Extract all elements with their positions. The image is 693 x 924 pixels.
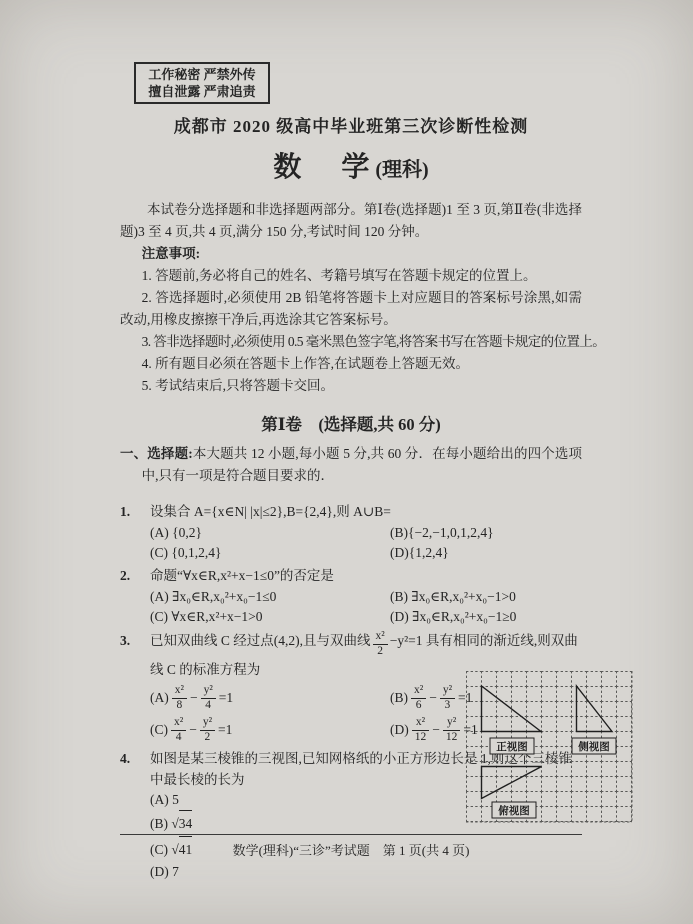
fraction: y²12 [443, 716, 461, 745]
fraction: x²8 [172, 684, 187, 713]
section-1-instruction: 一、选择题:本大题共 12 小题,每小题 5 分,共 60 分．在每小题给出的四… [120, 443, 582, 487]
question-2-number: 2. [120, 565, 150, 587]
notice-item-3: 3. 答非选择题时,必须使用 0.5 毫米黑色签字笔,将答案书写在答题卡规定的位… [120, 331, 582, 353]
minus-sign: − [432, 715, 440, 745]
fraction-denominator: 3 [440, 699, 455, 713]
fraction: x²4 [171, 716, 186, 745]
figure-canvas: 正视图 侧视图 俯视图 [466, 671, 634, 824]
minus-sign: − [189, 715, 197, 745]
fraction: y²4 [201, 684, 216, 713]
radical-sign: √ [171, 812, 178, 836]
fraction-numerator: x² [412, 716, 430, 731]
instruction-text: 本大题共 12 小题,每小题 5 分,共 60 分．在每小题给出的四个选项中,只… [142, 446, 582, 483]
question-1-option-a: (A) {0,2} [150, 523, 390, 543]
fraction-numerator: y² [201, 684, 216, 699]
radicand: 34 [179, 810, 193, 836]
option-label: (B) [150, 816, 168, 831]
option-value: 5 [172, 792, 179, 807]
fraction-numerator: y² [440, 684, 455, 699]
fraction-denominator: 2 [200, 731, 215, 745]
option-label: (D) [150, 864, 169, 879]
option-label: (B) [390, 683, 408, 713]
fraction: x²12 [412, 716, 430, 745]
fraction-denominator: 6 [411, 699, 426, 713]
notice-item-2: 2. 答选择题时,必须使用 2B 铅笔将答题卡上对应题目的答案标号涂黑,如需改动… [120, 287, 582, 331]
three-view-figure: 正视图 侧视图 俯视图 [466, 671, 634, 824]
notice-item-4: 4. 所有题目必须在答题卡上作答,在试题卷上答题无效。 [120, 353, 582, 375]
fraction-denominator: 4 [171, 731, 186, 745]
fraction-denominator: 12 [443, 731, 461, 745]
option-value: 7 [172, 864, 179, 879]
fraction-denominator: 8 [172, 699, 187, 713]
fraction-denominator: 12 [412, 731, 430, 745]
question-2-option-a: (A) ∃x₀∈R,x₀²+x₀−1≤0 [150, 587, 390, 607]
front-view-label: 正视图 [496, 740, 528, 753]
fraction-numerator: y² [443, 716, 461, 731]
question-2-option-d: (D) ∃x₀∈R,x₀²+x₀−1≥0 [390, 607, 582, 627]
notice-item-1: 1. 答题前,务必将自己的姓名、考籍号填写在答题卡规定的位置上。 [120, 265, 582, 287]
section-1-heading: 第Ⅰ卷 (选择题,共 60 分) [120, 411, 582, 435]
question-1-option-d: (D){1,2,4} [390, 543, 582, 563]
page-footer: 数学(理科)“三诊”考试题 第 1 页(共 4 页) [120, 834, 582, 859]
fraction-denominator: 4 [201, 699, 216, 713]
question-1-option-b: (B){−2,−1,0,1,2,4} [390, 523, 582, 543]
question-4-number: 4. [120, 748, 150, 790]
question-2-option-b: (B) ∃x₀∈R,x₀²+x₀−1>0 [390, 587, 582, 607]
exam-paper-page: 工作秘密 严禁外传 擅自泄露 严肃追责 成都市 2020 级高中毕业班第三次诊断… [0, 0, 693, 924]
question-4-option-d: (D) 7 [120, 862, 582, 882]
equals-one: =1 [219, 683, 233, 713]
question-3-option-a: (A) x²8 − y²4 =1 [150, 683, 390, 713]
minus-sign: − [190, 683, 198, 713]
fraction-numerator: x² [172, 684, 187, 699]
fraction: y²3 [440, 684, 455, 713]
subject-title: 数 学(理科) [120, 145, 582, 185]
notice-item-5: 5. 考试结束后,只将答题卡交回。 [120, 375, 582, 397]
fraction-numerator: y² [200, 716, 215, 731]
question-2-stem: 命题“∀x∈R,x²+x−1≤0”的否定是 [150, 565, 582, 587]
side-view-label: 侧视图 [577, 740, 610, 753]
notice-title: 注意事项: [120, 243, 582, 265]
intro-paragraph: 本试卷分选择题和非选择题两部分。第Ⅰ卷(选择题)1 至 3 页,第Ⅱ卷(非选择题… [120, 199, 582, 243]
fraction-numerator: x² [373, 630, 388, 645]
question-1-stem: 设集合 A={x∈N| |x|≤2},B={2,4},则 A∪B= [150, 501, 582, 523]
top-view-label: 俯视图 [498, 804, 530, 817]
exam-title: 成都市 2020 级高中毕业班第三次诊断性检测 [120, 112, 582, 137]
option-label: (D) [390, 715, 409, 745]
instruction-label: 一、选择题: [120, 446, 193, 461]
equals-one: =1 [218, 715, 232, 745]
subject-track: (理科) [375, 159, 428, 181]
minus-sign: − [429, 683, 437, 713]
fraction-numerator: x² [171, 716, 186, 731]
fraction: x²2 [373, 630, 388, 659]
question-3-number: 3. [120, 629, 150, 683]
question-1: 1. 设集合 A={x∈N| |x|≤2},B={2,4},则 A∪B= (A)… [120, 501, 582, 563]
question-3-stem-a: 已知双曲线 C 经过点(4,2),且与双曲线 [150, 633, 371, 648]
option-label: (A) [150, 683, 169, 713]
subject-name: 数 学 [273, 152, 375, 183]
question-1-number: 1. [120, 501, 150, 523]
option-label: (C) [150, 715, 168, 745]
question-2-option-c: (C) ∀x∈R,x²+x−1>0 [150, 607, 390, 627]
question-1-option-c: (C) {0,1,2,4} [150, 543, 390, 563]
question-2: 2. 命题“∀x∈R,x²+x−1≤0”的否定是 (A) ∃x₀∈R,x₀²+x… [120, 565, 582, 627]
fraction-denominator: 2 [373, 645, 388, 659]
fraction: x²6 [411, 684, 426, 713]
option-label: (A) [150, 792, 169, 807]
fraction: y²2 [200, 716, 215, 745]
fraction-numerator: x² [411, 684, 426, 699]
question-3-option-c: (C) x²4 − y²2 =1 [150, 715, 390, 745]
